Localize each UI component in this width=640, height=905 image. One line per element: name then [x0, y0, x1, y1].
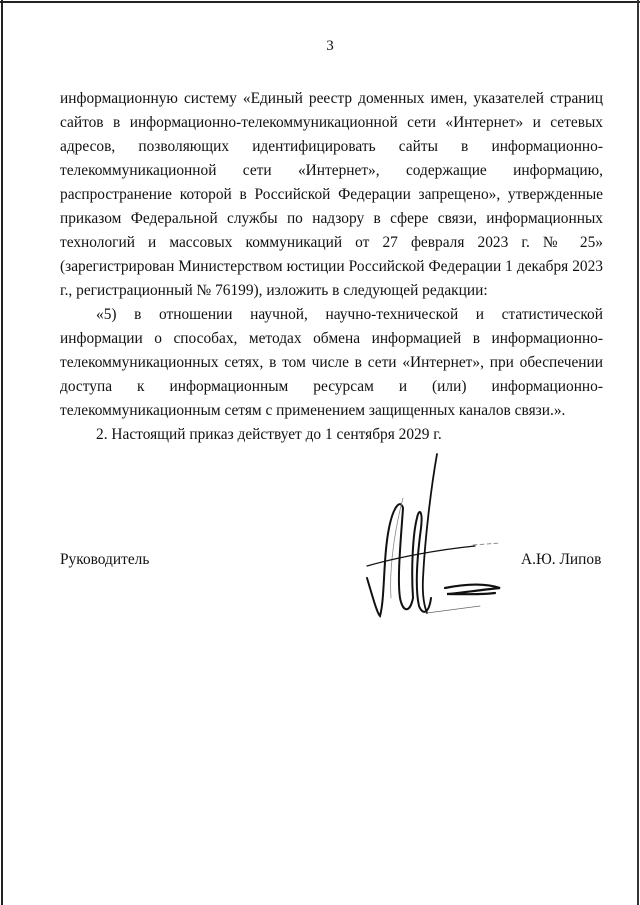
text-line: распространение которой в Российской Фед…: [60, 183, 603, 207]
text-line: (зарегистрирован Министерством юстиции Р…: [60, 255, 603, 279]
document-body: информационную систему «Единый реестр до…: [60, 87, 603, 447]
text-line: адресов, позволяющих идентифицировать са…: [60, 135, 603, 159]
signatory-role: Руководитель: [60, 551, 149, 569]
text-line: информационную систему «Единый реестр до…: [60, 87, 603, 111]
paragraph-2: 2. Настоящий приказ действует до 1 сентя…: [60, 423, 603, 447]
item5-line: «5) в отношении научной, научно-техничес…: [60, 303, 603, 327]
text-line: телекоммуникационной сети «Интернет», со…: [60, 159, 603, 183]
item5-line: доступа к информационным ресурсам и (или…: [60, 375, 603, 399]
signatory-name: А.Ю. Липов: [521, 551, 601, 569]
item5-line: телекоммуникационным сетям с применением…: [60, 399, 603, 423]
text-line: технологий и массовых коммуникаций от 27…: [60, 231, 603, 255]
text-line: приказом Федеральной службы по надзору в…: [60, 207, 603, 231]
item5-line: телекоммуникационных сетях, в том числе …: [60, 351, 603, 375]
page-number: 3: [0, 38, 640, 55]
text-line: г., регистрационный № 76199), изложить в…: [60, 279, 603, 303]
item5-line: информации о способах, методах обмена ин…: [60, 327, 603, 351]
scan-edge-right: [637, 0, 639, 905]
scan-edge-left: [1, 0, 3, 905]
signature-icon: [355, 448, 515, 623]
text-line: сайтов в информационно-телекоммуникацион…: [60, 111, 603, 135]
scan-edge-top: [0, 1, 640, 3]
